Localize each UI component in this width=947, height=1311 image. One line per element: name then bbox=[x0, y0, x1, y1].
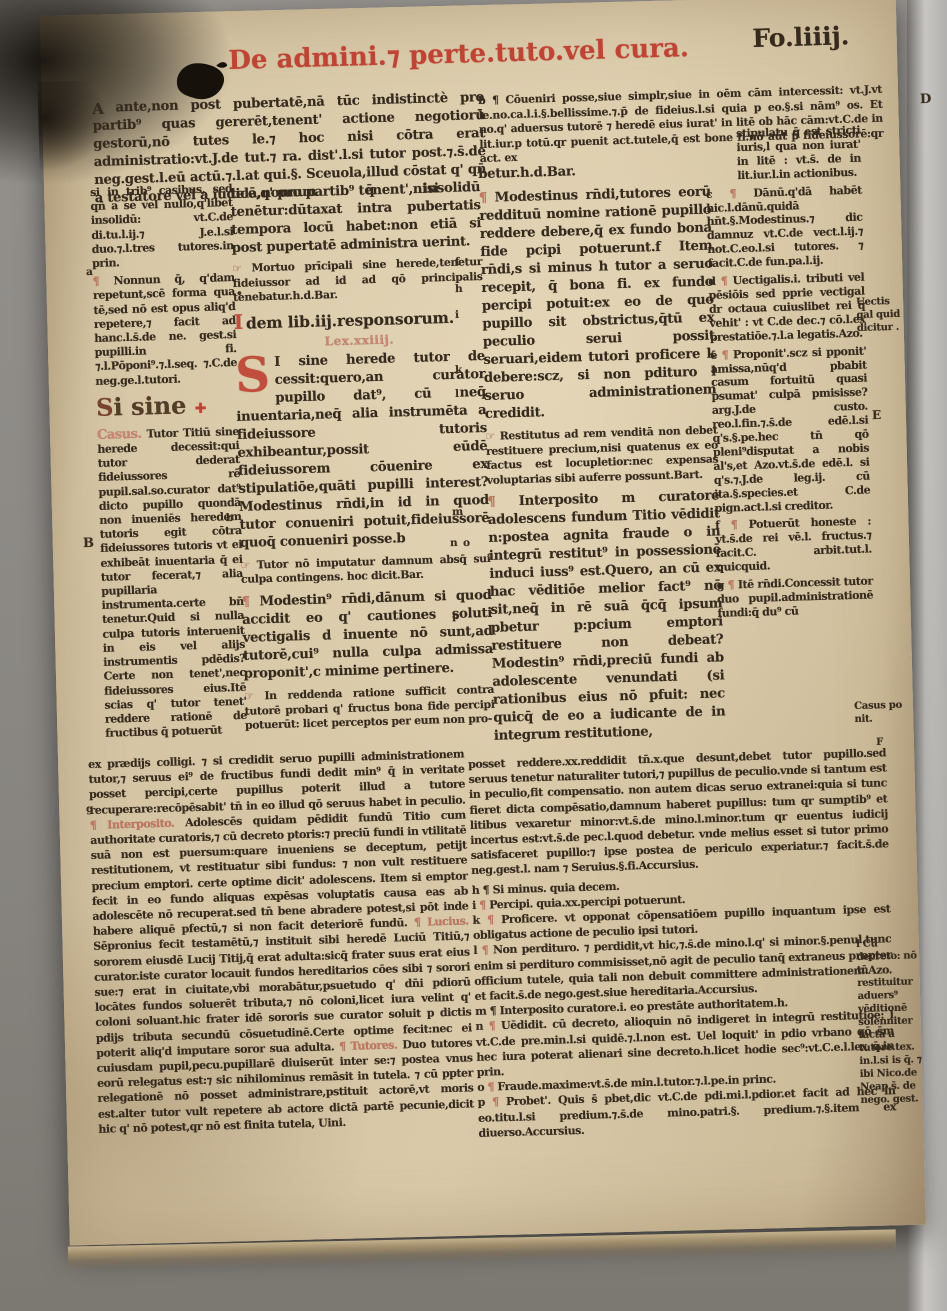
gloss-key-letter: i bbox=[472, 899, 476, 912]
pilcrow-mark: ¶ bbox=[482, 944, 489, 957]
gloss-key-letter: l bbox=[455, 388, 459, 400]
gloss-paragraph: ☞ In reddenda ratione sufficit contra tu… bbox=[244, 683, 495, 734]
rubric-lemma: ¶ Lucius. bbox=[414, 915, 469, 930]
left-margin-gloss: si in trib⁹ casibus, sed qn̄ a se vel nu… bbox=[90, 182, 247, 741]
gloss-key-letter: g bbox=[717, 579, 725, 592]
pilcrow-mark: ¶ bbox=[721, 274, 728, 287]
gloss-paragraph: ☞ Mortuo prīcipali sine herede,tenetur f… bbox=[232, 255, 483, 306]
gloss-paragraph: f ¶ Potuerūt honeste : vt.s̄.de rei vē.l… bbox=[715, 515, 872, 575]
gloss-key-letter: a bbox=[86, 266, 93, 278]
manicule-icon: ☞ bbox=[244, 690, 254, 703]
section-heading-si-sine: Si sine ✚ bbox=[96, 391, 239, 425]
gloss-key-letter: n bbox=[450, 537, 458, 549]
gloss-paragraph: g ¶ Itē rn̄di.Concessit tutor duo pupil.… bbox=[717, 575, 874, 621]
signature-mark: D bbox=[920, 92, 932, 107]
pilcrow-mark: ¶ bbox=[721, 348, 728, 361]
pilcrow-mark: ¶ bbox=[482, 883, 489, 896]
pilcrow-mark: ¶ bbox=[487, 913, 494, 926]
folio-number: Fo.liiij. bbox=[752, 22, 883, 52]
pilcrow-mark: ¶ bbox=[487, 495, 496, 510]
gloss-key-letter: h bbox=[455, 283, 463, 295]
gloss-key-letter: B bbox=[83, 536, 94, 551]
gloss-paragraph: si in trib⁹ casibus, sed qn̄ a se vel nu… bbox=[90, 182, 234, 271]
gloss-key-letter: i bbox=[455, 309, 459, 321]
gloss-key-letter: f bbox=[455, 256, 460, 268]
casus-paragraph: Casus. Tutor Titiū sine herede decessit:… bbox=[97, 425, 248, 741]
gloss-key-letter: g bbox=[86, 803, 94, 815]
text-paragraph: ¶ Modestinus rn̄di,tutores eorū reddituū… bbox=[479, 184, 717, 424]
pilcrow-mark: ¶ bbox=[492, 1096, 499, 1109]
margin-note-vectigal: Uectis gal quid dicitur . bbox=[856, 294, 943, 335]
gloss-key-letter: p bbox=[452, 610, 460, 622]
gloss-paragraph: ☞ Tutor nō imputatur damnum absq̄ sui cu… bbox=[240, 552, 491, 588]
gloss-paragraph: d ¶ Uectigalis.i. tributi vel pēsiōis se… bbox=[708, 271, 866, 345]
text-paragraph: SI sine herede tutor de cessit:quero,an … bbox=[235, 348, 490, 553]
gloss-key-letter: f bbox=[715, 519, 720, 532]
gloss-key-letter: n bbox=[475, 1020, 483, 1033]
pilcrow-mark: ¶ bbox=[492, 93, 499, 106]
gloss-key-letter: o bbox=[477, 1081, 484, 1094]
gloss-key-letter: E bbox=[872, 408, 882, 422]
text-paragraph: telā,nonnun q̄ insolidū tenētur:dūtaxat … bbox=[230, 179, 482, 258]
gloss-key-letter: l bbox=[473, 944, 477, 957]
gloss-key-letter: o bbox=[463, 537, 470, 549]
bottom-left-block: ex prædijs colligi. ⁊ si credidit seruo … bbox=[88, 747, 474, 1137]
gloss-key-letter: p bbox=[477, 1096, 485, 1109]
gloss-paragraph: stipulatu q̄ est stricti iuris,l qua non… bbox=[704, 124, 861, 184]
gloss-key-letter: k bbox=[472, 914, 480, 927]
rubric-heading: Idem lib.iij.responsorum. bbox=[234, 305, 484, 333]
gloss-key-letter: b bbox=[478, 94, 486, 107]
pilcrow-mark: ¶ bbox=[241, 595, 250, 610]
pilcrow-mark: ¶ bbox=[479, 191, 488, 206]
text-paragraph: ¶ Interposito m curatore adolescens fund… bbox=[487, 488, 726, 746]
pilcrow-mark: ¶ bbox=[729, 187, 736, 200]
manicule-icon: ☞ bbox=[240, 558, 250, 571]
pilcrow-mark: ¶ bbox=[731, 519, 738, 532]
gloss-paragraph: ☞ Restitutus ad rem venditā non debet re… bbox=[485, 423, 719, 488]
margin-note-casus: Casus po nit. bbox=[854, 698, 935, 726]
pilcrow-mark: ¶ bbox=[727, 578, 734, 591]
red-cross-mark: ✚ bbox=[195, 401, 207, 417]
casus-label: Casus. bbox=[97, 427, 142, 443]
rubric-lemma: ¶ Tutores. bbox=[339, 1038, 403, 1053]
gloss-key-letter: m bbox=[475, 1005, 487, 1018]
pilcrow-mark: ¶ bbox=[479, 898, 486, 911]
text-paragraph: ¶ Modestin⁹ rn̄di,dānum si quod accidit … bbox=[241, 587, 493, 684]
gloss-paragraph: ¶ Nonnun q̄, q'dam repetunt,scē forma qu… bbox=[92, 271, 237, 389]
rubric-lemma: ¶ Interposito. bbox=[90, 816, 186, 832]
gloss-key-letter: c bbox=[706, 187, 713, 200]
gloss-paragraph: e ¶ Proponit'.scz si pponit' amissa,nūq'… bbox=[710, 344, 871, 515]
initial-a: A bbox=[92, 99, 116, 117]
initial-i: I bbox=[233, 309, 246, 333]
pilcrow-mark: ¶ bbox=[489, 1020, 496, 1033]
gloss-key-letter: m bbox=[452, 506, 463, 518]
drop-cap-s: S bbox=[235, 354, 275, 395]
bottom-right-block: posset reddere.xx.reddidit tn̄.x.que des… bbox=[468, 745, 897, 1141]
gloss-paragraph: c ¶ Dānū.q'dā habēt hic.l.dānū.quidā hn̄… bbox=[706, 183, 864, 271]
pilcrow-mark: ¶ bbox=[92, 275, 99, 288]
manicule-icon: ☞ bbox=[232, 262, 242, 275]
gloss-column-4: stipulatu q̄ est stricti iuris,l qua non… bbox=[704, 124, 874, 621]
pilcrow-mark: ¶ bbox=[487, 1081, 494, 1094]
book-page-photo: De admini.⁊ perte.tuto.vel cura. Fo.liii… bbox=[0, 0, 947, 1311]
gloss-key-letter: h bbox=[472, 883, 480, 896]
gloss-key-letter: • bbox=[236, 288, 243, 300]
manicule-icon: ☞ bbox=[485, 430, 495, 443]
gloss-key-letter: k bbox=[455, 364, 463, 376]
gloss-key-letter: e bbox=[710, 348, 717, 361]
gloss-paragraph: posset reddere.xx.reddidit tn̄.x.que des… bbox=[468, 745, 889, 878]
gloss-key-letter: b bbox=[226, 512, 234, 524]
gloss-key-letter: d bbox=[708, 275, 716, 288]
text-column-3: betur.h.d.Bar. ¶ Modestinus rn̄di,tutore… bbox=[478, 160, 726, 747]
pilcrow-mark: ¶ bbox=[490, 1005, 497, 1018]
lex-number: Lex.xxiiij. bbox=[234, 330, 484, 351]
